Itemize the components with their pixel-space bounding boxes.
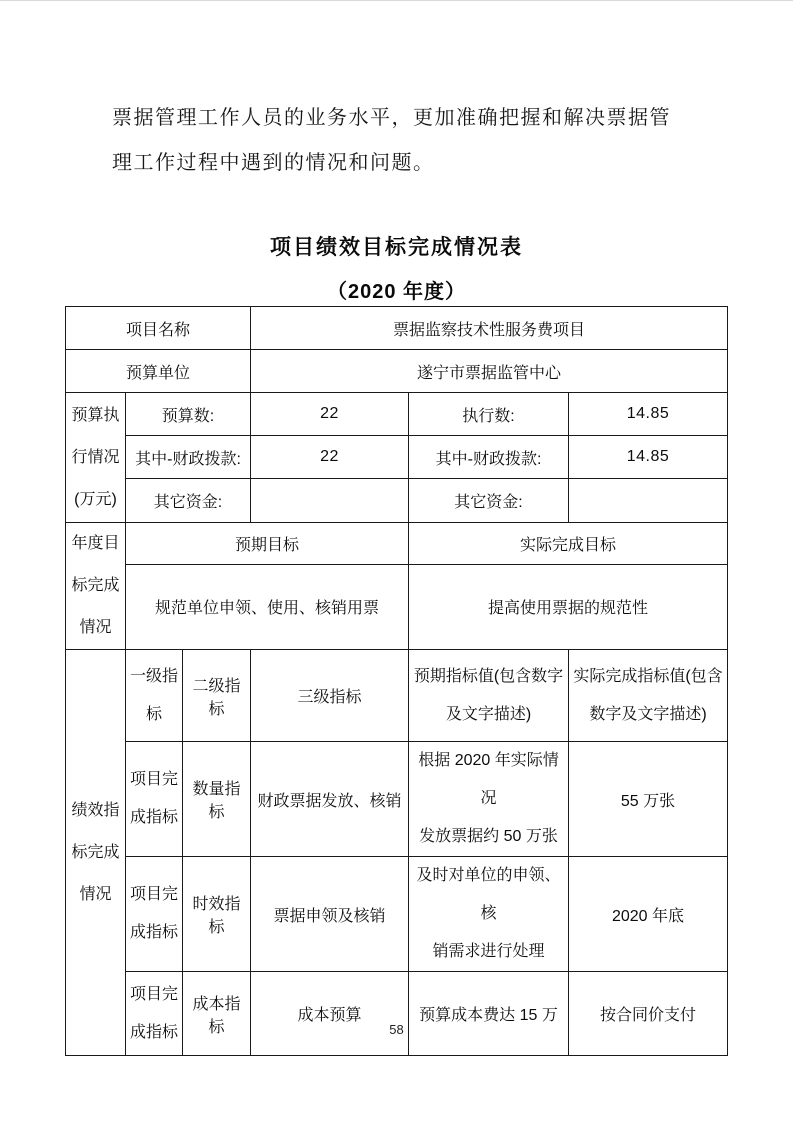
cell-header-level3: 三级指标 [251,650,409,742]
cell-indicator-expected: 根据 2020 年实际情况 发放票据约 50 万张 [409,742,569,857]
cell-line: 一级指 [128,658,180,696]
cell-header-level2: 二级指标 [183,650,251,742]
table-row: 其中-财政拨款: 22 其中-财政拨款: 14.85 [66,436,728,479]
paragraph-line: 票据管理工作人员的业务水平，更加准确把握和解决票据管 [112,96,717,141]
cell-project-name-value: 票据监察技术性服务费项目 [251,307,728,350]
cell-line: 标完成 [68,832,123,874]
cell-line: 销需求进行处理 [411,933,566,971]
performance-report-table: 项目名称 票据监察技术性服务费项目 预算单位 遂宁市票据监管中心 预算执 行情况… [65,306,728,1056]
cell-line: 根据 2020 年实际情况 [411,742,566,818]
cell-indicator-level3: 成本预算 [251,972,409,1056]
cell-expected-goal-value: 规范单位申领、使用、核销用票 [126,564,409,649]
cell-indicator-level2: 时效指标 [183,857,251,972]
cell-header-expected: 预期指标值(包含数字 及文字描述) [409,650,569,742]
cell-header-level1: 一级指 标 [126,650,183,742]
cell-line: 预期指标值(包含数字 [411,658,566,696]
table-row: 项目完 成指标 成本指标 成本预算 预算成本费达 15 万 按合同价支付 [66,972,728,1056]
cell-line: 数字及文字描述) [571,696,725,734]
cell-annual-goal-section-title: 年度目 标完成 情况 [66,523,126,650]
cell-line: 情况 [68,874,123,916]
cell-other-funds-value-right [569,479,728,523]
cell-line: 情况 [68,607,123,649]
table-row: 年度目 标完成 情况 预期目标 实际完成目标 [66,523,728,565]
table-row: 规范单位申领、使用、核销用票 提高使用票据的规范性 [66,564,728,649]
cell-actual-goal-value: 提高使用票据的规范性 [409,564,728,649]
cell-other-funds-label-left: 其它资金: [126,479,251,523]
cell-line: 发放票据约 50 万张 [411,818,566,856]
cell-budget-amount-label: 预算数: [126,393,251,436]
page-number: 58 [0,1022,793,1037]
page-top-border [0,0,793,1]
cell-indicator-actual: 55 万张 [569,742,728,857]
cell-budget-unit-label: 预算单位 [66,350,251,393]
cell-line: (万元) [68,479,123,521]
cell-line: 成指标 [128,799,180,837]
cell-header-actual: 实际完成指标值(包含 数字及文字描述) [569,650,728,742]
cell-indicator-expected: 预算成本费达 15 万 [409,972,569,1056]
cell-line: 行情况 [68,437,123,479]
table-row: 项目完 成指标 时效指标 票据申领及核销 及时对单位的申领、核 销需求进行处理 … [66,857,728,972]
cell-indicator-actual: 按合同价支付 [569,972,728,1056]
body-paragraph: 票据管理工作人员的业务水平，更加准确把握和解决票据管 理工作过程中遇到的情况和问… [112,96,717,186]
cell-line: 年度目 [68,523,123,565]
cell-indicator-expected: 及时对单位的申领、核 销需求进行处理 [409,857,569,972]
cell-indicator-level3: 财政票据发放、核销 [251,742,409,857]
cell-indicator-level1: 项目完 成指标 [126,972,183,1056]
table-row: 预算执 行情况 (万元) 预算数: 22 执行数: 14.85 [66,393,728,436]
cell-line: 及时对单位的申领、核 [411,857,566,933]
cell-expected-goal-header: 预期目标 [126,523,409,565]
cell-exec-amount-label: 执行数: [409,393,569,436]
cell-budget-unit-value: 遂宁市票据监管中心 [251,350,728,393]
cell-line: 成指标 [128,914,180,952]
table-row: 项目名称 票据监察技术性服务费项目 [66,307,728,350]
cell-exec-amount-value: 14.85 [569,393,728,436]
cell-fiscal-alloc-value-left: 22 [251,436,409,479]
cell-performance-section-title: 绩效指 标完成 情况 [66,650,126,1056]
cell-fiscal-alloc-label-left: 其中-财政拨款: [126,436,251,479]
cell-actual-goal-header: 实际完成目标 [409,523,728,565]
cell-line: 项目完 [128,876,180,914]
cell-line: 标 [128,696,180,734]
cell-line: 及文字描述) [411,696,566,734]
cell-budget-exec-section-title: 预算执 行情况 (万元) [66,393,126,523]
table-row: 其它资金: 其它资金: [66,479,728,523]
cell-indicator-level1: 项目完 成指标 [126,742,183,857]
cell-other-funds-value-left [251,479,409,523]
cell-indicator-level3: 票据申领及核销 [251,857,409,972]
table-row: 项目完 成指标 数量指标 财政票据发放、核销 根据 2020 年实际情况 发放票… [66,742,728,857]
cell-indicator-level2: 成本指标 [183,972,251,1056]
cell-project-name-label: 项目名称 [66,307,251,350]
cell-budget-amount-value: 22 [251,393,409,436]
table-title: 项目绩效目标完成情况表 [0,231,793,261]
cell-fiscal-alloc-label-right: 其中-财政拨款: [409,436,569,479]
paragraph-line: 理工作过程中遇到的情况和问题。 [112,141,717,186]
cell-line: 绩效指 [68,790,123,832]
cell-indicator-level2: 数量指标 [183,742,251,857]
cell-line: 项目完 [128,976,180,1014]
cell-indicator-level1: 项目完 成指标 [126,857,183,972]
table-row: 绩效指 标完成 情况 一级指 标 二级指标 三级指标 预期指标值(包含数字 及文… [66,650,728,742]
cell-line: 预算执 [68,395,123,437]
cell-line: 项目完 [128,761,180,799]
document-page: 票据管理工作人员的业务水平，更加准确把握和解决票据管 理工作过程中遇到的情况和问… [0,0,793,1122]
cell-fiscal-alloc-value-right: 14.85 [569,436,728,479]
cell-other-funds-label-right: 其它资金: [409,479,569,523]
table-subtitle: （2020 年度） [0,275,793,304]
cell-line: 实际完成指标值(包含 [571,658,725,696]
cell-indicator-actual: 2020 年底 [569,857,728,972]
table-row: 预算单位 遂宁市票据监管中心 [66,350,728,393]
cell-line: 标完成 [68,565,123,607]
